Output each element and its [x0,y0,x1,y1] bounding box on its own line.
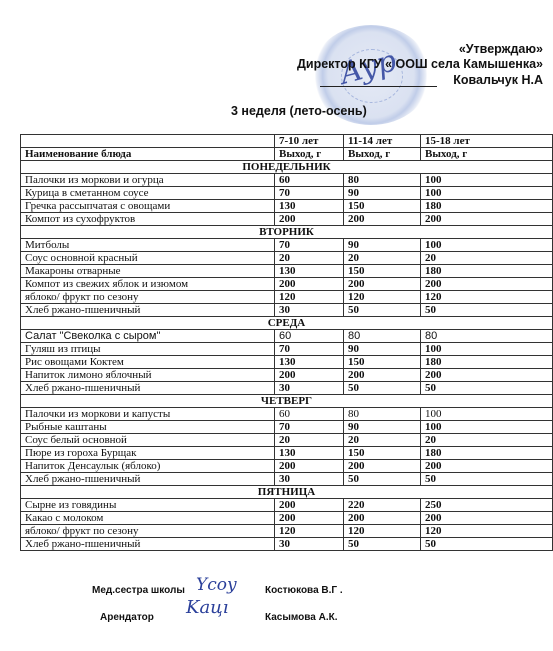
age-header-row: 7-10 лет 11-14 лет 15-18 лет [21,135,553,148]
table-row: Митболы7090100 [21,239,553,252]
yield-value: 60 [275,330,344,343]
yield-value: 120 [275,291,344,304]
day-row: ПЯТНИЦА [21,486,553,499]
yield-value: 100 [421,421,553,434]
approve-heading: «Утверждаю» [459,42,543,56]
yield-value: 50 [421,473,553,486]
table-row: Макароны отварные130150180 [21,265,553,278]
yield-value: 180 [421,356,553,369]
yield-value: 70 [275,239,344,252]
empty-header-cell [21,135,275,148]
yield-value: 120 [344,291,421,304]
yield-value: 20 [344,434,421,447]
yield-value: 60 [275,174,344,187]
yield-value: 200 [421,512,553,525]
yield-value: 180 [421,447,553,460]
dish-name: Палочки из моркови и огурца [21,174,275,187]
dish-name: Пюре из гороха Бурщак [21,447,275,460]
age-group-header: 11-14 лет [344,135,421,148]
yield-value: 200 [421,213,553,226]
yield-value: 60 [275,408,344,421]
table-row: Хлеб ржано-пшеничный305050 [21,473,553,486]
week-title: 3 неделя (лето-осень) [231,104,367,118]
tenant-signature: Kaцı [186,597,229,618]
dish-name: Макароны отварные [21,265,275,278]
yield-value: 200 [421,369,553,382]
dish-name: Соус основной красный [21,252,275,265]
dish-name: Гречка рассыпчатая с овощами [21,200,275,213]
day-row: ВТОРНИК [21,226,553,239]
yield-value: 20 [421,434,553,447]
day-label: ПОНЕДЕЛЬНИК [21,161,553,174]
day-label: ВТОРНИК [21,226,553,239]
yield-value: 150 [344,200,421,213]
menu-table-body: 7-10 лет 11-14 лет 15-18 лет Наименовани… [21,135,553,551]
tenant-name: Касымова А.К. [265,612,338,623]
yield-value: 50 [421,538,553,551]
yield-value: 50 [344,538,421,551]
day-label: СРЕДА [21,317,553,330]
yield-value: 200 [344,460,421,473]
yield-value: 50 [344,304,421,317]
yield-value: 100 [421,174,553,187]
yield-value: 90 [344,421,421,434]
yield-value: 180 [421,265,553,278]
yield-value: 120 [275,525,344,538]
yield-value: 150 [344,447,421,460]
table-row: Сырне из говядины200220250 [21,499,553,512]
table-row: Гречка рассыпчатая с овощами130150180 [21,200,553,213]
signature-line [320,86,437,87]
yield-value: 90 [344,187,421,200]
table-row: Хлеб ржано-пшеничный305050 [21,382,553,395]
yield-value: 120 [344,525,421,538]
yield-value: 80 [344,330,421,343]
table-row: Пюре из гороха Бурщак130150180 [21,447,553,460]
yield-value: 200 [344,213,421,226]
yield-value: 50 [421,304,553,317]
yield-value: 200 [275,512,344,525]
yield-value: 20 [275,434,344,447]
yield-value: 30 [275,304,344,317]
yield-value: 90 [344,239,421,252]
yield-value: 50 [421,382,553,395]
dish-name: Хлеб ржано-пшеничный [21,382,275,395]
yield-value: 30 [275,382,344,395]
table-row: Хлеб ржано-пшеничный305050 [21,304,553,317]
dish-name: Компот из свежих яблок и изюмом [21,278,275,291]
table-row: Хлеб ржано-пшеничный305050 [21,538,553,551]
yield-value: 100 [421,343,553,356]
yield-value: 120 [421,525,553,538]
yield-value: 70 [275,343,344,356]
dish-name: яблоко/ фрукт по сезону [21,525,275,538]
table-row: Соус основной красный202020 [21,252,553,265]
table-row: Салат "Свеколка с сыром"608080 [21,330,553,343]
dish-name: Гуляш из птицы [21,343,275,356]
table-row: Соус белый основной202020 [21,434,553,447]
director-name: Ковальчук Н.А [453,73,543,87]
yield-value: 180 [421,200,553,213]
yield-value: 200 [421,460,553,473]
yield-value: 150 [344,356,421,369]
yield-value: 200 [344,278,421,291]
nurse-signature: Ycoy [196,575,237,595]
table-row: Компот из свежих яблок и изюмом200200200 [21,278,553,291]
dish-name: Компот из сухофруктов [21,213,275,226]
table-row: Палочки из моркови и капусты6080100 [21,408,553,421]
age-group-header: 15-18 лет [421,135,553,148]
yield-value: 80 [344,408,421,421]
yield-value: 100 [421,239,553,252]
dish-name: Салат "Свеколка с сыром" [21,330,275,343]
yield-value: 200 [275,499,344,512]
yield-value: 50 [344,473,421,486]
yield-header: Выход, г [421,148,553,161]
table-row: Напиток лимоно яблочный200200200 [21,369,553,382]
column-header-row: Наименование блюда Выход, г Выход, г Вых… [21,148,553,161]
yield-value: 250 [421,499,553,512]
yield-value: 130 [275,265,344,278]
yield-value: 80 [344,174,421,187]
yield-value: 200 [275,369,344,382]
director-title: Директор КГУ « ООШ села Камышенка» [297,57,543,71]
day-row: СРЕДА [21,317,553,330]
yield-value: 90 [344,343,421,356]
menu-table: 7-10 лет 11-14 лет 15-18 лет Наименовани… [20,134,553,551]
dish-name: Хлеб ржано-пшеничный [21,538,275,551]
yield-value: 100 [421,408,553,421]
dish-name-header: Наименование блюда [21,148,275,161]
yield-value: 220 [344,499,421,512]
yield-value: 100 [421,187,553,200]
yield-value: 130 [275,200,344,213]
table-row: Какао с молоком200200200 [21,512,553,525]
yield-value: 20 [275,252,344,265]
table-row: Курица в сметанном соусе7090100 [21,187,553,200]
dish-name: яблоко/ фрукт по сезону [21,291,275,304]
table-row: яблоко/ фрукт по сезону120120120 [21,525,553,538]
table-row: Гуляш из птицы7090100 [21,343,553,356]
yield-value: 200 [275,460,344,473]
table-row: Палочки из моркови и огурца6080100 [21,174,553,187]
yield-value: 200 [421,278,553,291]
dish-name: Напиток Денсаулык (яблоко) [21,460,275,473]
dish-name: Напиток лимоно яблочный [21,369,275,382]
yield-value: 130 [275,447,344,460]
nurse-label: Мед.сестра школы [92,585,185,596]
dish-name: Курица в сметанном соусе [21,187,275,200]
yield-header: Выход, г [275,148,344,161]
day-label: ПЯТНИЦА [21,486,553,499]
table-row: яблоко/ фрукт по сезону120120120 [21,291,553,304]
yield-header: Выход, г [344,148,421,161]
tenant-label: Арендатор [100,612,154,623]
dish-name: Хлеб ржано-пшеничный [21,473,275,486]
table-row: Рис овощами Коктем130150180 [21,356,553,369]
table-row: Рыбные каштаны7090100 [21,421,553,434]
yield-value: 200 [344,369,421,382]
yield-value: 70 [275,187,344,200]
yield-value: 30 [275,538,344,551]
dish-name: Соус белый основной [21,434,275,447]
table-row: Компот из сухофруктов200200200 [21,213,553,226]
day-row: ПОНЕДЕЛЬНИК [21,161,553,174]
dish-name: Митболы [21,239,275,252]
yield-value: 120 [421,291,553,304]
yield-value: 80 [421,330,553,343]
yield-value: 130 [275,356,344,369]
yield-value: 200 [275,278,344,291]
yield-value: 200 [344,512,421,525]
day-label: ЧЕТВЕРГ [21,395,553,408]
yield-value: 50 [344,382,421,395]
nurse-name: Костюкова В.Г . [265,585,343,596]
yield-value: 20 [421,252,553,265]
dish-name: Сырне из говядины [21,499,275,512]
yield-value: 20 [344,252,421,265]
dish-name: Рыбные каштаны [21,421,275,434]
dish-name: Какао с молоком [21,512,275,525]
age-group-header: 7-10 лет [275,135,344,148]
dish-name: Рис овощами Коктем [21,356,275,369]
dish-name: Хлеб ржано-пшеничный [21,304,275,317]
day-row: ЧЕТВЕРГ [21,395,553,408]
yield-value: 70 [275,421,344,434]
yield-value: 150 [344,265,421,278]
table-row: Напиток Денсаулык (яблоко)200200200 [21,460,553,473]
yield-value: 30 [275,473,344,486]
dish-name: Палочки из моркови и капусты [21,408,275,421]
yield-value: 200 [275,213,344,226]
